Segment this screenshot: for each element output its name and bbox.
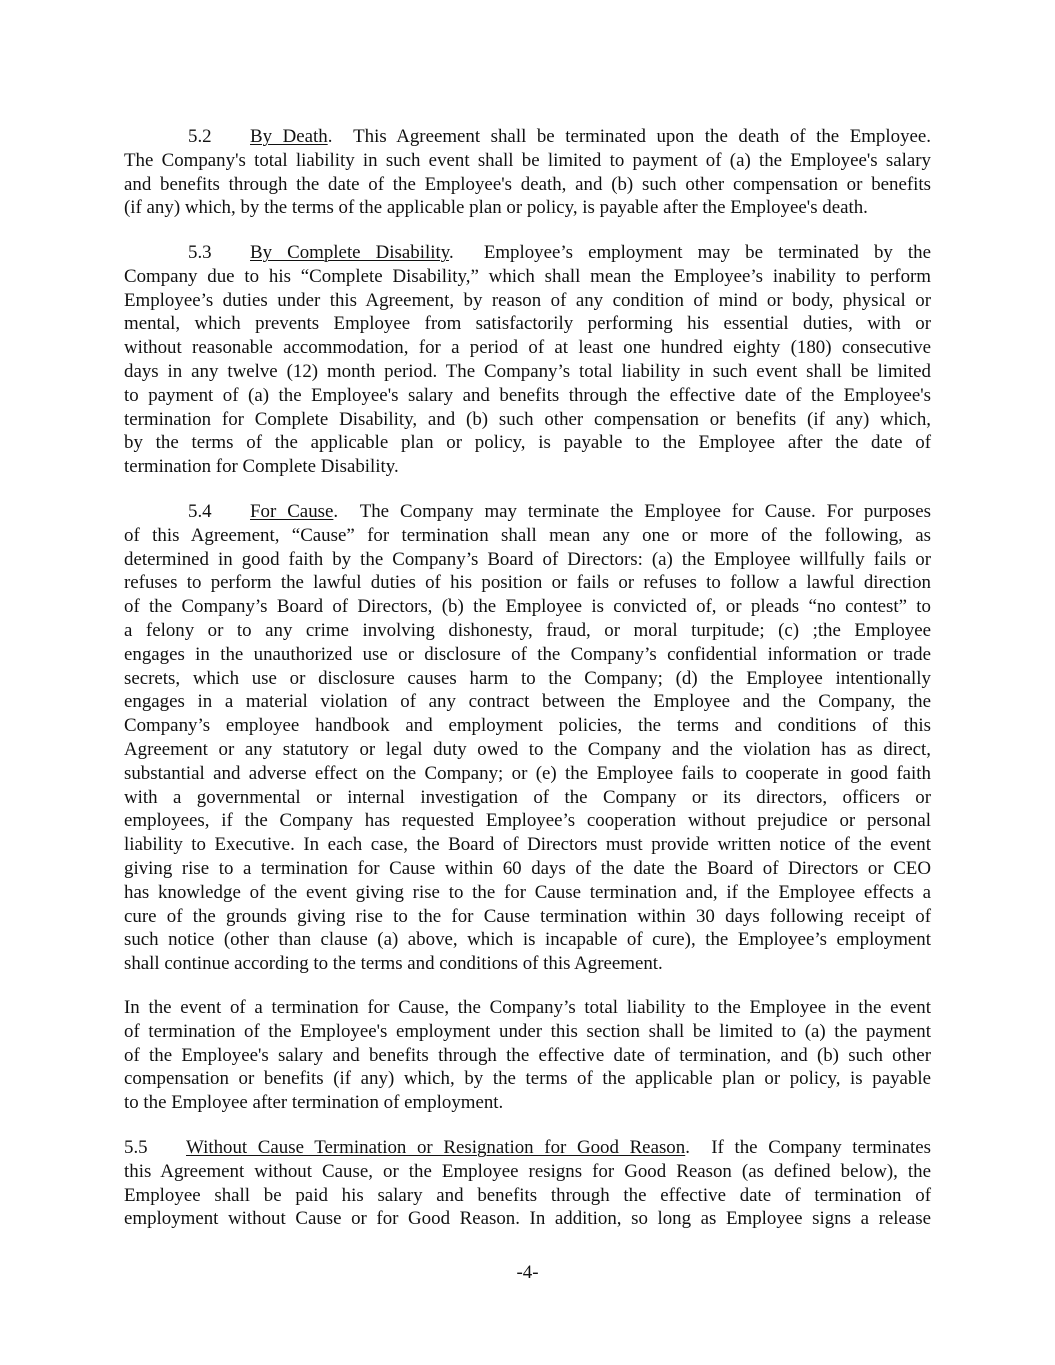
text-line: The Company may terminate the Employee f… (360, 501, 931, 522)
text-line: engages in the unauthorized use or discl… (124, 643, 931, 667)
text-line: If the Company terminates (711, 1137, 931, 1158)
text-line: with a governmental or internal investig… (124, 786, 931, 810)
heading-period: . (685, 1137, 711, 1158)
section-5-4: 5.4For Cause. The Company may terminate … (124, 500, 931, 976)
text-line: liability to Executive. In each case, th… (124, 833, 931, 857)
section-number: 5.5 (124, 1136, 186, 1160)
text-line: Agreement or any statutory or legal duty… (124, 738, 931, 762)
text-line: secrets, which use or disclosure causes … (124, 667, 931, 691)
text-line: This Agreement shall be terminated upon … (353, 126, 931, 147)
for-cause-liability-paragraph: In the event of a termination for Cause,… (124, 996, 931, 1115)
section-number: 5.2 (188, 125, 250, 149)
section-number: 5.3 (188, 241, 250, 265)
heading-period: . (333, 501, 359, 522)
text-line: and benefits through the date of the Emp… (124, 173, 931, 197)
text-line: Employee’s employment may be terminated … (484, 242, 931, 263)
page-number: -4- (0, 1261, 1055, 1285)
section-heading: By Death (250, 126, 328, 147)
section-heading: By Complete Disability (250, 242, 449, 263)
document-page: 5.2By Death. This Agreement shall be ter… (0, 0, 1055, 1365)
text-line: termination for Complete Disability. (124, 455, 931, 479)
text-line: In the event of a termination for Cause,… (124, 996, 931, 1020)
text-line: refuses to perform the lawful duties of … (124, 571, 931, 595)
section-heading: For Cause (250, 501, 333, 522)
text-line: engages in a material violation of any c… (124, 690, 931, 714)
text-line: Company’s employee handbook and employme… (124, 714, 931, 738)
text-line: of termination of the Employee's employm… (124, 1020, 931, 1044)
heading-period: . (328, 126, 353, 147)
text-line: Employee’s duties under this Agreement, … (124, 289, 931, 313)
section-5-3: 5.3By Complete Disability. Employee’s em… (124, 241, 931, 479)
section-5-5: 5.5Without Cause Termination or Resignat… (124, 1136, 931, 1231)
text-line: of the Company’s Board of Directors, (b)… (124, 595, 931, 619)
text-line: without reasonable accommodation, for a … (124, 336, 931, 360)
section-5-3-line-1: 5.3By Complete Disability. Employee’s em… (124, 241, 931, 265)
text-line: a felony or to any crime involving disho… (124, 619, 931, 643)
text-line: by the terms of the applicable plan or p… (124, 431, 931, 455)
text-line: (if any) which, by the terms of the appl… (124, 196, 931, 220)
text-line: to payment of (a) the Employee's salary … (124, 384, 931, 408)
heading-period: . (449, 242, 484, 263)
text-line: substantial and adverse effect on the Co… (124, 762, 931, 786)
section-heading: Without Cause Termination or Resignation… (186, 1137, 685, 1158)
text-line: determined in good faith by the Company’… (124, 548, 931, 572)
text-line: such notice (other than clause (a) above… (124, 928, 931, 952)
section-5-2: 5.2By Death. This Agreement shall be ter… (124, 125, 931, 220)
section-5-4-line-1: 5.4For Cause. The Company may terminate … (124, 500, 931, 524)
text-line: mental, which prevents Employee from sat… (124, 312, 931, 336)
text-line: of the Employee's salary and benefits th… (124, 1044, 931, 1068)
text-line: has knowledge of the event giving rise t… (124, 881, 931, 905)
text-line: employees, if the Company has requested … (124, 809, 931, 833)
text-line: shall continue according to the terms an… (124, 952, 931, 976)
text-line: days in any twelve (12) month period. Th… (124, 360, 931, 384)
section-5-5-line-1: 5.5Without Cause Termination or Resignat… (124, 1136, 931, 1160)
section-5-2-line-1: 5.2By Death. This Agreement shall be ter… (124, 125, 931, 149)
text-line: of this Agreement, “Cause” for terminati… (124, 524, 931, 548)
text-line: employment without Cause or for Good Rea… (124, 1207, 931, 1231)
text-line: cure of the grounds giving rise to the f… (124, 905, 931, 929)
text-line: giving rise to a termination for Cause w… (124, 857, 931, 881)
text-line: termination for Complete Disability, and… (124, 408, 931, 432)
text-line: to the Employee after termination of emp… (124, 1091, 931, 1115)
text-line: this Agreement without Cause, or the Emp… (124, 1160, 931, 1184)
text-line: Employee shall be paid his salary and be… (124, 1184, 931, 1208)
text-line: compensation or benefits (if any) which,… (124, 1067, 931, 1091)
section-number: 5.4 (188, 500, 250, 524)
text-line: The Company's total liability in such ev… (124, 149, 931, 173)
text-line: Company due to his “Complete Disability,… (124, 265, 931, 289)
